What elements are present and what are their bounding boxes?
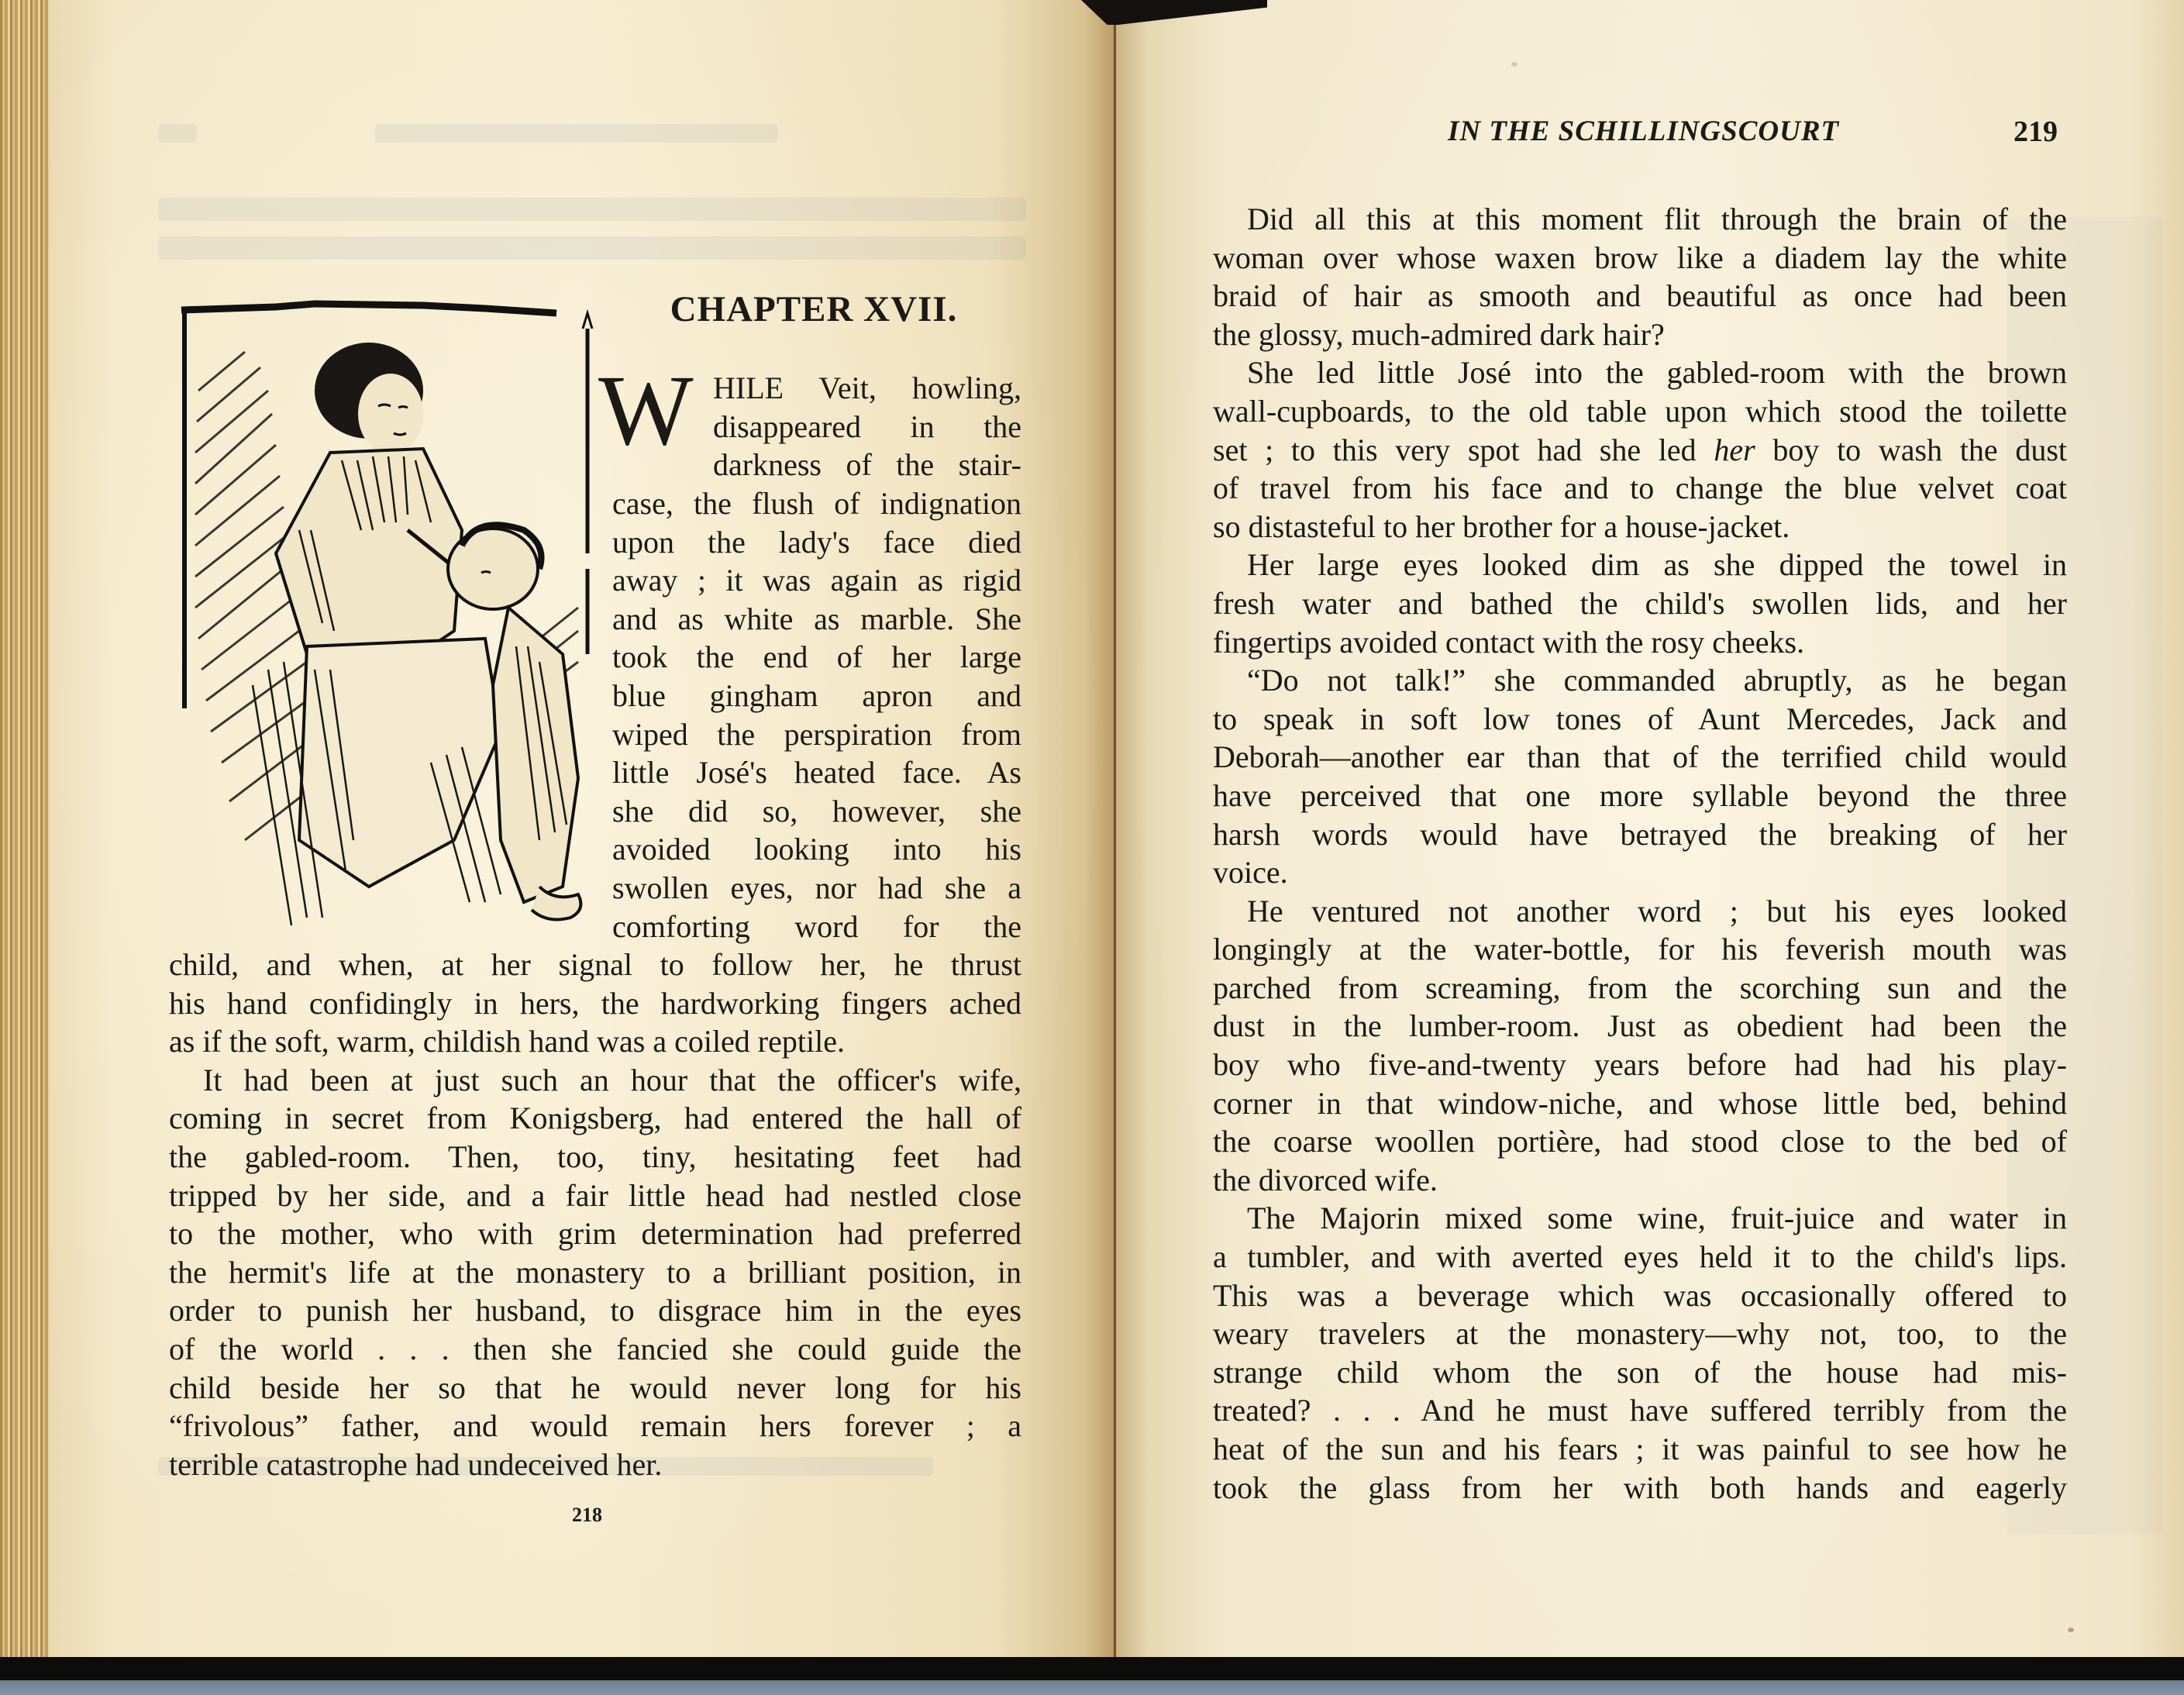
gutter [1114, 23, 1116, 1659]
chapter-title: CHAPTER XVII. [667, 288, 961, 330]
text-line: terrible catastrophe had undeceived her. [169, 1445, 1021, 1484]
drop-cap: W [598, 364, 694, 457]
text-line: harsh words would have betrayed the brea… [1213, 815, 2067, 854]
text-line: the gabled-room. Then, too, tiny, hesita… [169, 1138, 1021, 1177]
text-line: to the mother, who with grim determinati… [169, 1214, 1021, 1253]
text-line: of travel from his face and to change th… [1213, 469, 2067, 508]
text-line: heat of the sun and his fears ; it was p… [1213, 1430, 2067, 1469]
text-line: took the glass from her with both hands … [1213, 1469, 2067, 1507]
text-line: of the world . . . then she fancied she … [169, 1330, 1021, 1369]
text-line: The Majorin mixed some wine, fruit-juice… [1213, 1199, 2067, 1238]
text-line: child beside her so that he would never … [169, 1369, 1021, 1407]
book-cover-edge [0, 1657, 2184, 1682]
text-line: away ; it was again as rigid [612, 561, 1021, 600]
text-line: treated? . . . And he must have suffered… [1213, 1391, 2067, 1430]
page-block-edges [0, 0, 51, 1659]
text-line: as if the soft, warm, childish hand was … [169, 1022, 1021, 1061]
text-line: blue gingham apron and [612, 677, 1021, 715]
text-line: She led little José into the gabled-room… [1213, 353, 2067, 392]
text-line: fingertips avoided contact with the rosy… [1213, 623, 2067, 662]
text-line: case, the flush of indignation [612, 484, 1021, 523]
text-line: It had been at just such an hour that th… [169, 1061, 1021, 1100]
text-line: the hermit's life at the monastery to a … [169, 1253, 1021, 1292]
text-line: strange child whom the son of the house … [1213, 1353, 2067, 1392]
text-line: wall-cupboards, to the old table upon wh… [1213, 392, 2067, 431]
text-line: He ventured not another word ; but his e… [1213, 892, 2067, 931]
foxing-spot [1511, 62, 1517, 67]
text-line: boy who five-and-twenty years before had… [1213, 1046, 2067, 1084]
text-line: This was a beverage which was occasional… [1213, 1276, 2067, 1315]
text-line: woman over whose waxen brow like a diade… [1213, 239, 2067, 277]
text-line: so distasteful to her brother for a hous… [1213, 508, 2067, 546]
text-line: have perceived that one more syllable be… [1213, 777, 2067, 815]
text-line: weary travelers at the monastery—why not… [1213, 1314, 2067, 1353]
text-line: coming in secret from Konigsberg, had en… [169, 1099, 1021, 1138]
text-line: she did so, however, she [612, 792, 1021, 831]
foxing-spot [2068, 1628, 2074, 1632]
bleed-through [158, 124, 197, 143]
running-head: IN THE SCHILLINGSCOURT [1448, 115, 1839, 148]
text-line: upon the lady's face died [612, 523, 1021, 562]
text-line: Her large eyes looked dim as she dipped … [1213, 546, 2067, 584]
emphasized-word: her [1714, 432, 1755, 467]
page-number-right: 219 [2013, 115, 2058, 149]
bleed-through [158, 198, 1026, 221]
text-line: and as white as marble. She [612, 600, 1021, 639]
text-line: avoided looking into his [612, 830, 1021, 869]
text-line: swollen eyes, nor had she a [612, 869, 1021, 908]
text-line: the divorced wife. [1213, 1161, 2067, 1200]
book-spread: CHAPTER XVII. [0, 0, 2184, 1659]
bleed-through [375, 124, 778, 143]
text-line: HILE Veit, howling, [713, 369, 1021, 408]
text-line: the coarse woollen portière, had stood c… [1213, 1122, 2067, 1161]
text-line: darkness of the stair- [713, 446, 1021, 484]
text-line: Did all this at this moment flit through… [1213, 200, 2067, 239]
text-beside-cap: HILE Veit, howling, disappeared in the d… [713, 369, 1021, 484]
bleed-through [158, 236, 1026, 260]
text-line: dust in the lumber-room. Just as obedien… [1213, 1007, 2067, 1046]
text-beside-illustration: case, the flush of indignation upon the … [612, 484, 1021, 946]
text-line: a tumbler, and with averted eyes held it… [1213, 1238, 2067, 1276]
text-line: order to punish her husband, to disgrace… [169, 1291, 1021, 1330]
text-line: his hand confidingly in hers, the hardwo… [169, 984, 1021, 1023]
text-line: braid of hair as smooth and beautiful as… [1213, 277, 2067, 315]
text-line: child, and when, at her signal to follow… [169, 946, 1021, 984]
text-line: fresh water and bathed the child's swoll… [1213, 584, 2067, 623]
text-line: “Do not talk!” she commanded abruptly, a… [1213, 661, 2067, 700]
engraving-illustration-icon [175, 298, 594, 941]
text-line: tripped by her side, and a fair little h… [169, 1177, 1021, 1215]
text-line: wiped the perspiration from [612, 715, 1021, 754]
text-line: to speak in soft low tones of Aunt Merce… [1213, 700, 2067, 739]
text-line: voice. [1213, 853, 2067, 892]
text-line: set ; to this very spot had she led her … [1213, 431, 2067, 470]
text-line: the glossy, much-admired dark hair? [1213, 315, 2067, 354]
text-line: took the end of her large [612, 638, 1021, 677]
text-line: little José's heated face. As [612, 753, 1021, 792]
text-line: parched from screaming, from the scorchi… [1213, 969, 2067, 1008]
text-line: “frivolous” father, and would remain her… [169, 1407, 1021, 1445]
text-line: corner in that window-niche, and whose l… [1213, 1084, 2067, 1123]
text-line: disappeared in the [713, 408, 1021, 446]
text-line: longingly at the water-bottle, for his f… [1213, 930, 2067, 969]
text-line: comforting word for the [612, 908, 1021, 946]
left-body-text: child, and when, at her signal to follow… [169, 946, 1021, 1483]
right-body-text: Did all this at this moment flit through… [1213, 200, 2067, 1507]
page-number-left: 218 [572, 1504, 602, 1527]
text-line: Deborah—another ear than that of the ter… [1213, 738, 2067, 777]
background-surface [0, 1680, 2184, 1695]
